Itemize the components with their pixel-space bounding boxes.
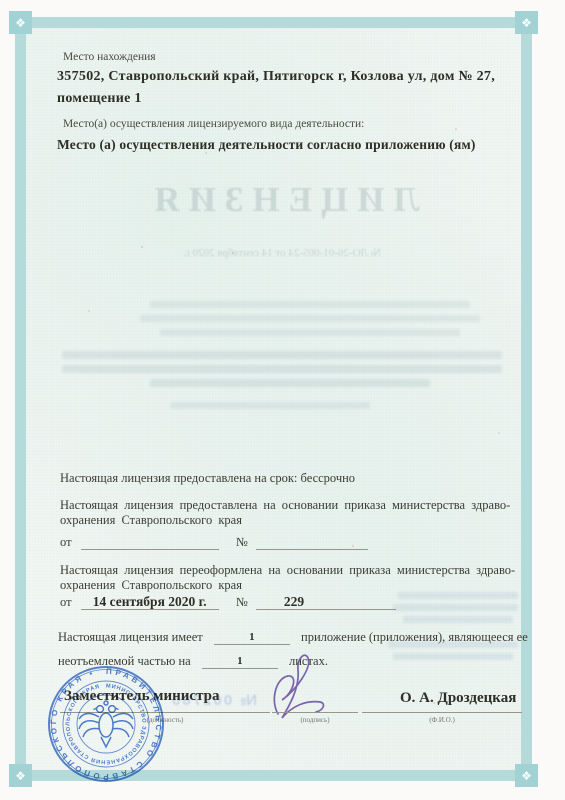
diamond-glyph: ❖ [521, 770, 532, 782]
granted-paragraph: Настоящая лицензия предоставлена на осно… [60, 498, 522, 528]
attachments-count-value: 1 [249, 631, 255, 643]
license-document-page: { "header": { "location_label": "Место н… [0, 0, 565, 800]
ghost-text-bar [140, 315, 480, 322]
ghost-text-bar [170, 402, 370, 409]
granted-date-field [81, 534, 219, 550]
ot-label: от [60, 595, 72, 609]
ot-label: от [60, 535, 72, 549]
ghost-text-bar [403, 616, 513, 623]
reissued-date-number-row: от 14 сентября 2020 г. № 229 [60, 594, 396, 610]
reissued-number-field: 229 [256, 594, 396, 610]
corner-ornament-icon: ❖ [515, 11, 538, 34]
corner-ornament-icon: ❖ [9, 764, 32, 787]
number-label: № [236, 595, 248, 609]
coat-of-arms-eagle-icon [79, 701, 133, 747]
reissued-line-1: Настоящая лицензия переоформлена на осно… [60, 563, 522, 578]
reissued-number-value: 229 [284, 594, 304, 609]
location-label: Место нахождения [63, 51, 156, 63]
signer-name: О. А. Дроздецкая [400, 690, 516, 707]
reissued-date-value: 14 сентября 2020 г. [93, 594, 207, 609]
ghost-license-number-line: № ЛО-26-01-005-24 от 14 сентября 2020 г. [0, 247, 565, 259]
official-round-stamp: ПРАВИТЕЛЬСТВО СТАВРОПОЛЬСКОГО КРАЯ • МИН… [43, 661, 169, 787]
attachments-count-field: 1 [214, 629, 290, 645]
activity-places-value: Место (а) осуществления деятельности сог… [57, 137, 476, 153]
svg-text:МИНИСТЕРСТВО ЗДРАВООХРАНЕНИЯ С: МИНИСТЕРСТВО ЗДРАВООХРАНЕНИЯ СТАВРОПОЛЬС… [65, 683, 146, 764]
stamp-inner-text: МИНИСТЕРСТВО ЗДРАВООХРАНЕНИЯ СТАВРОПОЛЬС… [65, 683, 146, 764]
name-underline [362, 712, 522, 713]
license-duration-line: Настоящая лицензия предоставлена на срок… [60, 471, 355, 486]
corner-ornament-icon: ❖ [515, 764, 538, 787]
granted-line-2: охранения Ставропольского края [60, 513, 522, 528]
reissued-paragraph: Настоящая лицензия переоформлена на осно… [60, 563, 522, 593]
attachments-row: Настоящая лицензия имеет 1 приложение (п… [58, 629, 528, 645]
ghost-text-bar [150, 379, 430, 387]
ghost-text-bar [62, 365, 502, 373]
granted-number-field [256, 534, 368, 550]
granted-line-1: Настоящая лицензия предоставлена на осно… [60, 498, 522, 513]
diamond-glyph: ❖ [15, 770, 26, 782]
address-line-1: 357502, Ставропольский край, Пятигорск г… [57, 66, 527, 88]
ghost-text-bar [393, 604, 518, 611]
ghost-text-bar [160, 329, 460, 336]
signature-underline [272, 712, 358, 713]
address-line-2: помещение 1 [57, 88, 527, 110]
ghost-text-bar [62, 351, 502, 359]
attachments-post-text: приложение (приложения), являющееся ее [301, 630, 528, 644]
attachments-pre-text: Настоящая лицензия имеет [58, 630, 203, 644]
ghost-license-title: ЛИЦЕНЗИЯ [0, 180, 565, 220]
reissued-line-2: охранения Ставропольского края [60, 578, 522, 593]
reissued-date-field: 14 сентября 2020 г. [81, 594, 219, 610]
activity-places-label: Место(а) осуществления лицензируемого ви… [63, 118, 364, 130]
signature-caption: (подпись) [272, 716, 358, 724]
corner-ornament-icon: ❖ [9, 11, 32, 34]
name-caption: (Ф.И.О.) [362, 716, 522, 724]
diamond-glyph: ❖ [15, 17, 26, 29]
ghost-text-bar [150, 301, 470, 308]
sheets-count-value: 1 [237, 655, 243, 667]
location-address: 357502, Ставропольский край, Пятигорск г… [57, 66, 527, 110]
paper-security-fibers [0, 0, 2, 2]
granted-date-number-row: от № [60, 534, 368, 550]
ghost-text-bar [398, 592, 518, 599]
number-label: № [236, 535, 248, 549]
ghost-text-bar [393, 653, 513, 660]
diamond-glyph: ❖ [521, 17, 532, 29]
